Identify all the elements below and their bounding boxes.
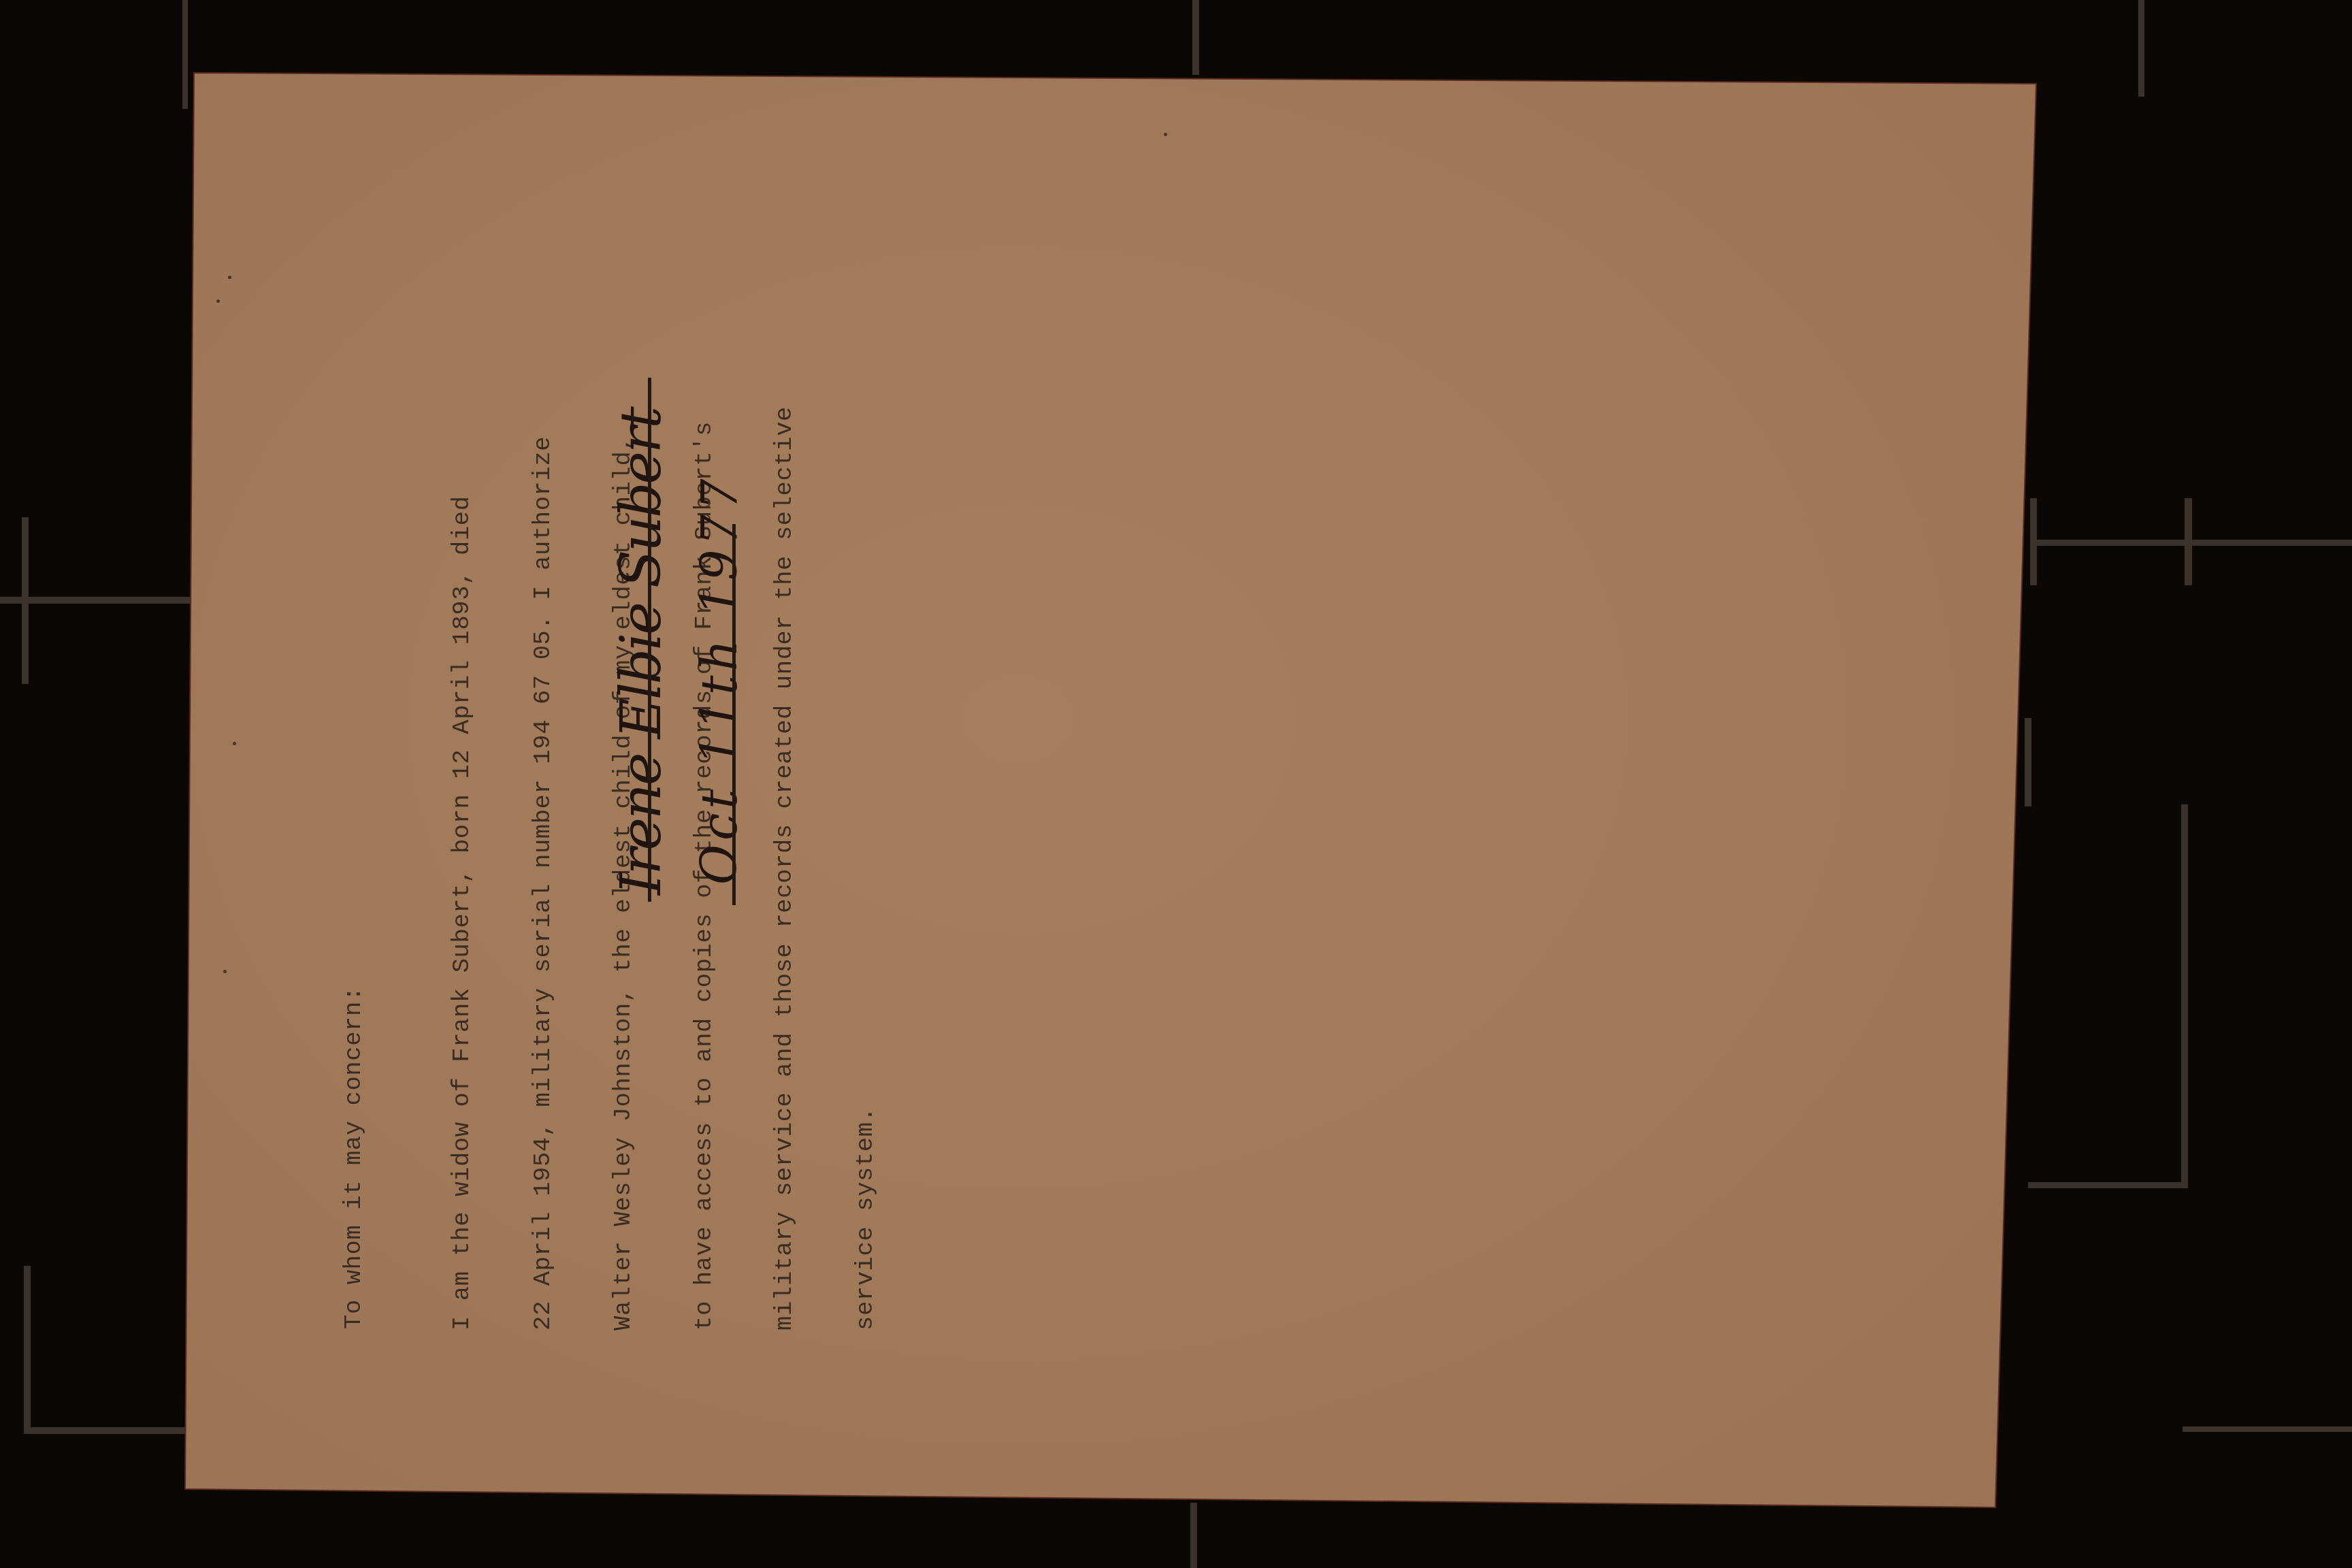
handwritten-signature: Irene Elbie Subert	[609, 408, 674, 895]
paper-speck	[223, 970, 227, 973]
paper-speck	[233, 742, 236, 745]
letter-body-line: I am the widow of Frank Subert, born 12 …	[448, 406, 476, 1330]
date-underline	[732, 524, 736, 905]
paper-sheet	[0, 0, 2352, 1568]
letter-body-line: service system.	[852, 406, 879, 1330]
paper-speck	[1164, 133, 1167, 136]
letter-body-line: 22 April 1954, military serial number 19…	[529, 406, 557, 1330]
signature-underline	[648, 378, 651, 902]
paper-speck	[216, 299, 220, 303]
letter-body-line: military service and those records creat…	[771, 406, 798, 1330]
paper-speck	[228, 276, 231, 279]
letter-greeting: To whom it may concern:	[340, 986, 367, 1329]
handwritten-date: Oct 11th 1977	[691, 475, 748, 885]
